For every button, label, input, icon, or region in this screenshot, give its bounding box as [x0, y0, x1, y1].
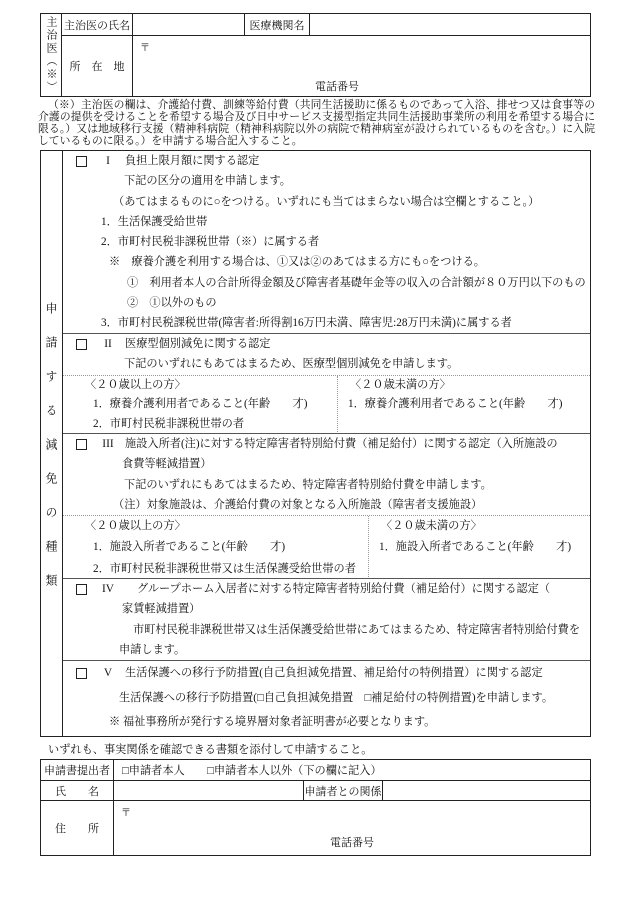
doctor-name-field[interactable] [133, 14, 245, 35]
section-4-numeral: IV [99, 579, 117, 599]
exemption-type-table: 申請する減免の種類 I 負担上限月額に関する認定 下記の区分の適用を申請します。… [40, 150, 591, 737]
doctor-table: 主治医（※） 主治医の氏名 医療機関名 所 在 地 〒 電話番号 [40, 13, 591, 97]
adult-item: 1．療養介護利用者であること(年齢 才) [63, 395, 337, 415]
submitter-name-row: 氏 名 申請者との関係 [41, 781, 590, 801]
minor-item: 1．療養介護利用者であること(年齢 才) [338, 395, 590, 415]
section-1-numeral: I [99, 151, 117, 171]
section-4-header: IV グループホーム入居者に対する特定障害者特別給付費（補足給付）に関する認定（ [63, 579, 590, 599]
section-1-header: I 負担上限月額に関する認定 [63, 151, 590, 171]
section-1-checkbox[interactable] [76, 156, 87, 167]
section-3-title-cont: 食費等軽減措置） [63, 454, 590, 474]
section-5-body[interactable]: 生活保護への移行予防措置(□自己負担減免措置 □補足給付の特例措置)を申請します… [63, 686, 590, 711]
section-4-title: グループホーム入居者に対する特定障害者特別給付費（補足給付）に関する認定（ [137, 579, 550, 599]
section-5-checkbox[interactable] [76, 668, 87, 679]
section-2: II 医療型個別減免に関する認定 下記のいずれにもあてはまるため、医療型個別減免… [63, 334, 590, 434]
adult-item: 2．市町村民税非課税世帯の者 [63, 415, 337, 434]
minor-column-header: 〈２０歳未満の方〉 [338, 376, 590, 396]
submitter-address-row: 住 所 〒 電話番号 [41, 801, 590, 855]
adult-item: 2．市町村民税非課税世帯又は生活保護受給世帯の者 [63, 559, 368, 579]
doctor-row-name: 主治医の氏名 医療機関名 [62, 14, 590, 36]
section-1: I 負担上限月額に関する認定 下記の区分の適用を申請します。 （あてはまるものに… [63, 151, 590, 334]
adult-column-header: 〈２０歳以上の方〉 [63, 516, 368, 537]
section-1-note: ※ 療養介護を利用する場合は、①又は②のあてはまる方にも○をつける。 [63, 252, 590, 272]
section-2-checkbox[interactable] [76, 339, 87, 350]
postal-mark: 〒 [121, 804, 131, 819]
medical-org-label: 医療機関名 [245, 14, 310, 35]
section-4-body: 申請します。 [63, 640, 590, 660]
doctor-address-field[interactable]: 〒 電話番号 [133, 36, 590, 96]
section-3-header: III 施設入所者(注)に対する特定障害者特別給付費（補足給付）に関する認定（入… [63, 434, 590, 454]
submitter-relation-label: 申請者との関係 [304, 781, 383, 800]
section-1-suboption-2[interactable]: ② ①以外のもの [63, 293, 590, 313]
section-3-intro: 下記のいずれにもあてはまるため、特定障害者特別給付費を申請します。 [63, 475, 590, 495]
section-3: III 施設入所者(注)に対する特定障害者特別給付費（補足給付）に関する認定（入… [63, 434, 590, 579]
section-3-checkbox[interactable] [76, 439, 87, 450]
section-4-checkbox[interactable] [76, 584, 87, 595]
doctor-side-label-cell: 主治医（※） [41, 14, 62, 96]
postal-mark: 〒 [140, 39, 150, 54]
section-2-columns: 〈２０歳以上の方〉 1．療養介護利用者であること(年齢 才) 2．市町村民税非課… [63, 375, 590, 434]
section-2-title: 医療型個別減免に関する認定 [125, 334, 270, 354]
attachment-note: いずれも、事実関係を確認できる書類を添付して申請すること。 [48, 741, 372, 757]
submitter-relation-field[interactable] [383, 781, 590, 800]
section-4-title-cont: 家賃軽減措置） [63, 599, 590, 619]
submitter-table: 申請書提出者 □申請者本人 □申請者本人以外（下の欄に記入） 氏 名 申請者との… [40, 759, 591, 856]
submitter-phone-label: 電話番号 [330, 834, 374, 850]
section-2-adult-column: 〈２０歳以上の方〉 1．療養介護利用者であること(年齢 才) 2．市町村民税非課… [63, 376, 338, 434]
submitter-address-label: 住 所 [41, 801, 114, 855]
section-3-title: 施設入所者(注)に対する特定障害者特別給付費（補足給付）に関する認定（入所施設の [125, 434, 558, 454]
section-1-suboption-1[interactable]: ① 利用者本人の合計所得金額及び障害者基礎年金等の収入の合計額が８０万円以下のも… [63, 273, 590, 293]
section-3-columns: 〈２０歳以上の方〉 1．施設入所者であること(年齢 才) 2．市町村民税非課税世… [63, 515, 590, 579]
section-1-option-3[interactable]: 3．市町村民税課税世帯(障害者:所得割16万円未満、障害児:28万円未満)に属す… [63, 313, 590, 333]
section-5-numeral: V [99, 661, 117, 686]
doctor-phone-label: 電話番号 [315, 78, 359, 94]
application-form-page: 主治医（※） 主治医の氏名 医療機関名 所 在 地 〒 電話番号 （※）主治医の… [0, 0, 630, 903]
section-5-header: V 生活保護への移行予防措置(自己負担減免措置、補足給付の特例措置）に関する認定 [63, 661, 590, 686]
section-2-intro: 下記のいずれにもあてはまるため、医療型個別減免を申請します。 [63, 354, 590, 374]
section-3-numeral: III [99, 434, 117, 454]
doctor-table-main: 主治医の氏名 医療機関名 所 在 地 〒 電話番号 [62, 14, 590, 96]
section-5: V 生活保護への移行予防措置(自己負担減免措置、補足給付の特例措置）に関する認定… [63, 661, 590, 736]
section-3-note: （注）対象施設は、介護給付費の対象となる入所施設（障害者支援施設） [63, 495, 590, 515]
minor-column-header: 〈２０歳未満の方〉 [369, 516, 590, 537]
section-2-minor-column: 〈２０歳未満の方〉 1．療養介護利用者であること(年齢 才) [338, 376, 590, 434]
doctor-side-label: 主治医（※） [43, 16, 59, 94]
doctor-note-text: （※）主治医の欄は、介護給付費、訓練等給付費（共同生活援助に係るものであって入浴… [38, 100, 595, 148]
section-5-note: ※ 福祉事務所が発行する境界層対象者証明書が必要となります。 [63, 710, 590, 735]
section-4: IV グループホーム入居者に対する特定障害者特別給付費（補足給付）に関する認定（… [63, 579, 590, 661]
section-2-header: II 医療型個別減免に関する認定 [63, 334, 590, 354]
submitter-options[interactable]: □申請者本人 □申請者本人以外（下の欄に記入） [114, 760, 590, 780]
section-1-title: 負担上限月額に関する認定 [125, 151, 259, 171]
minor-item: 1．施設入所者であること(年齢 才) [369, 537, 590, 558]
section-1-option-1[interactable]: 1．生活保護受給世帯 [63, 212, 590, 232]
submitter-address-field[interactable]: 〒 電話番号 [114, 801, 590, 855]
adult-item: 1．施設入所者であること(年齢 才) [63, 537, 368, 558]
section-5-title: 生活保護への移行予防措置(自己負担減免措置、補足給付の特例措置）に関する認定 [125, 661, 543, 686]
adult-column-header: 〈２０歳以上の方〉 [63, 376, 337, 396]
submitter-name-label: 氏 名 [41, 781, 114, 800]
section-3-minor-column: 〈２０歳未満の方〉 1．施設入所者であること(年齢 才) [369, 516, 590, 579]
section-1-line: 下記の区分の適用を申請します。 [63, 171, 590, 191]
section-2-numeral: II [99, 334, 117, 354]
doctor-address-label: 所 在 地 [62, 36, 133, 96]
section-4-body: 市町村民税非課税世帯又は生活保護受給世帯にあてはまるため、特定障害者特別給付費を [63, 620, 590, 640]
exemption-side-label: 申請する減免の種類 [43, 302, 60, 608]
section-1-line: （あてはまるものに○をつける。いずれにも当てはまらない場合は空欄とすること。） [63, 192, 590, 212]
medical-org-field[interactable] [310, 14, 590, 35]
exemption-side-label-cell: 申請する減免の種類 [41, 151, 63, 736]
submitter-row-label: 申請書提出者 [41, 760, 114, 780]
exemption-sections: I 負担上限月額に関する認定 下記の区分の適用を申請します。 （あてはまるものに… [63, 151, 590, 736]
doctor-name-label: 主治医の氏名 [62, 14, 133, 35]
doctor-row-address: 所 在 地 〒 電話番号 [62, 36, 590, 96]
section-1-option-2[interactable]: 2．市町村民税非課税世帯（※）に属する者 [63, 232, 590, 252]
submitter-name-field[interactable] [114, 781, 304, 800]
submitter-row: 申請書提出者 □申請者本人 □申請者本人以外（下の欄に記入） [41, 760, 590, 781]
section-3-adult-column: 〈２０歳以上の方〉 1．施設入所者であること(年齢 才) 2．市町村民税非課税世… [63, 516, 369, 579]
